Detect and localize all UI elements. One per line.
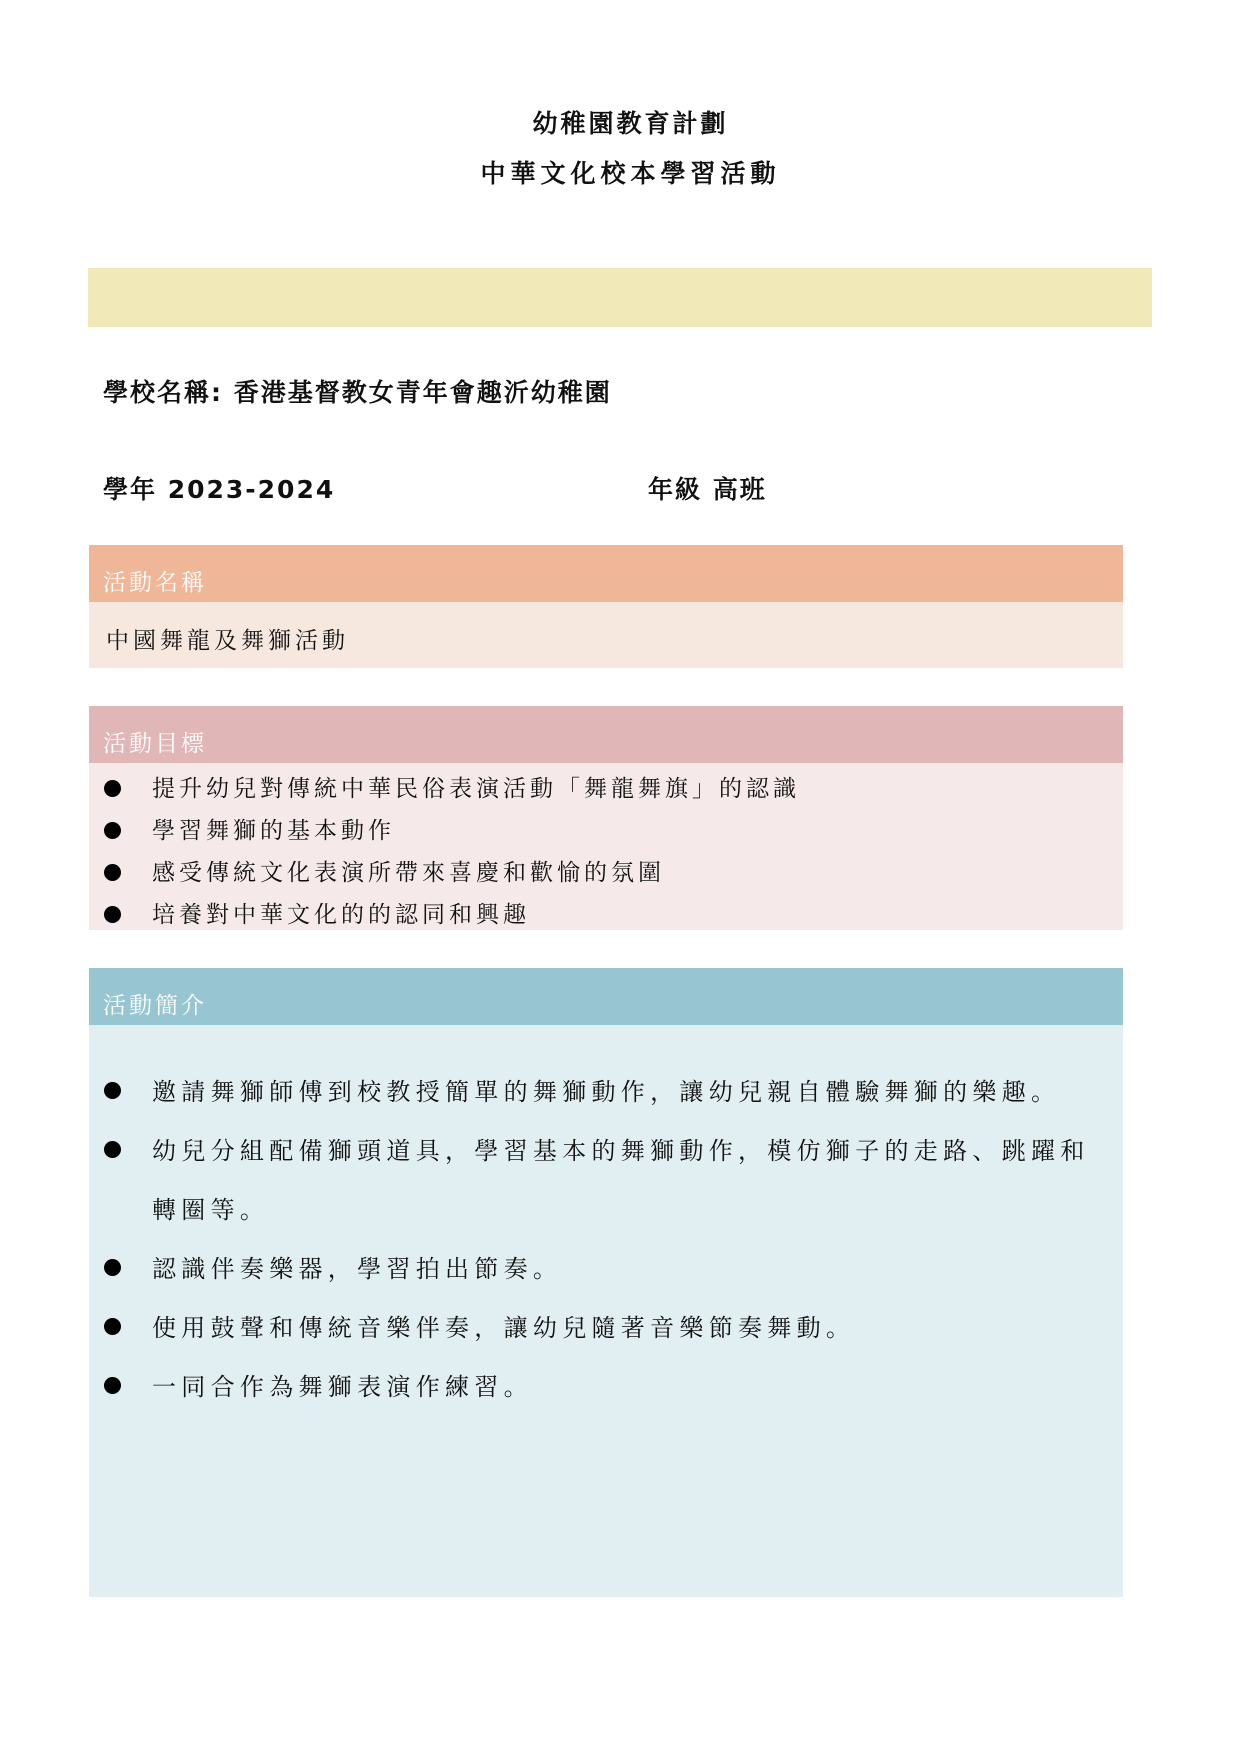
bullet-icon	[104, 906, 121, 923]
list-item: 提升幼兒對傳統中華民俗表演活動「舞龍舞旗」的認識	[89, 768, 1123, 810]
activity-intro-section: 活動簡介 邀請舞獅師傅到校教授簡單的舞獅動作，讓幼兒親自體驗舞獅的樂趣。 幼兒分…	[89, 968, 1123, 1597]
intro-list: 邀請舞獅師傅到校教授簡單的舞獅動作，讓幼兒親自體驗舞獅的樂趣。 幼兒分組配備獅頭…	[89, 1063, 1123, 1417]
list-item-text: 提升幼兒對傳統中華民俗表演活動「舞龍舞旗」的認識	[152, 776, 800, 802]
list-item-text: 使用鼓聲和傳統音樂伴奏，讓幼兒隨著音樂節奏舞動。	[152, 1314, 855, 1342]
list-item-text: 培養對中華文化的的認同和興趣	[152, 902, 530, 928]
section-heading: 活動名稱	[103, 564, 207, 597]
activity-goals-section: 活動目標 提升幼兒對傳統中華民俗表演活動「舞龍舞旗」的認識 學習舞獅的基本動作 …	[89, 706, 1123, 930]
list-item: 培養對中華文化的的認同和興趣	[89, 894, 1123, 936]
activity-name-section: 活動名稱 中國舞龍及舞獅活動	[89, 545, 1123, 668]
school-name: 學校名稱: 香港基督教女青年會趣沂幼稚園	[103, 373, 612, 409]
bullet-icon	[104, 1141, 121, 1158]
list-item: 使用鼓聲和傳統音樂伴奏，讓幼兒隨著音樂節奏舞動。	[89, 1299, 1123, 1358]
list-item-text: 幼兒分組配備獅頭道具，學習基本的舞獅動作，模仿獅子的走路、跳躍和轉圈等。	[152, 1137, 1090, 1224]
grade-level: 年級 高班	[648, 470, 767, 506]
school-year: 學年 2023-2024	[103, 470, 335, 506]
list-item: 幼兒分組配備獅頭道具，學習基本的舞獅動作，模仿獅子的走路、跳躍和轉圈等。	[89, 1122, 1123, 1240]
list-item: 感受傳統文化表演所帶來喜慶和歡愉的氛圍	[89, 852, 1123, 894]
section-body: 提升幼兒對傳統中華民俗表演活動「舞龍舞旗」的認識 學習舞獅的基本動作 感受傳統文…	[89, 763, 1123, 930]
section-heading: 活動目標	[103, 725, 207, 758]
section-body: 中國舞龍及舞獅活動	[89, 602, 1123, 668]
list-item: 認識伴奏樂器，學習拍出節奏。	[89, 1240, 1123, 1299]
list-item-text: 邀請舞獅師傅到校教授簡單的舞獅動作，讓幼兒親自體驗舞獅的樂趣。	[152, 1078, 1060, 1106]
bullet-icon	[104, 1318, 121, 1335]
list-item: 學習舞獅的基本動作	[89, 810, 1123, 852]
bullet-icon	[104, 1377, 121, 1394]
activity-name-value: 中國舞龍及舞獅活動	[106, 622, 349, 655]
document-title: 幼稚園教育計劃	[0, 104, 1241, 140]
list-item-text: 一同合作為舞獅表演作練習。	[152, 1373, 533, 1401]
list-item: 一同合作為舞獅表演作練習。	[89, 1358, 1123, 1417]
goals-list: 提升幼兒對傳統中華民俗表演活動「舞龍舞旗」的認識 學習舞獅的基本動作 感受傳統文…	[89, 768, 1123, 936]
list-item-text: 學習舞獅的基本動作	[152, 818, 395, 844]
section-body: 邀請舞獅師傅到校教授簡單的舞獅動作，讓幼兒親自體驗舞獅的樂趣。 幼兒分組配備獅頭…	[89, 1025, 1123, 1597]
bullet-icon	[104, 864, 121, 881]
bullet-icon	[104, 1259, 121, 1276]
bullet-icon	[104, 780, 121, 797]
list-item-text: 認識伴奏樂器，學習拍出節奏。	[152, 1255, 562, 1283]
list-item: 邀請舞獅師傅到校教授簡單的舞獅動作，讓幼兒親自體驗舞獅的樂趣。	[89, 1063, 1123, 1122]
section-heading: 活動簡介	[103, 987, 207, 1020]
bullet-icon	[104, 1082, 121, 1099]
section-header: 活動目標	[89, 706, 1123, 763]
list-item-text: 感受傳統文化表演所帶來喜慶和歡愉的氛圍	[152, 860, 665, 886]
decorative-band	[88, 268, 1152, 327]
bullet-icon	[104, 822, 121, 839]
section-header: 活動簡介	[89, 968, 1123, 1025]
document-subtitle: 中華文化校本學習活動	[0, 154, 1241, 190]
section-header: 活動名稱	[89, 545, 1123, 602]
